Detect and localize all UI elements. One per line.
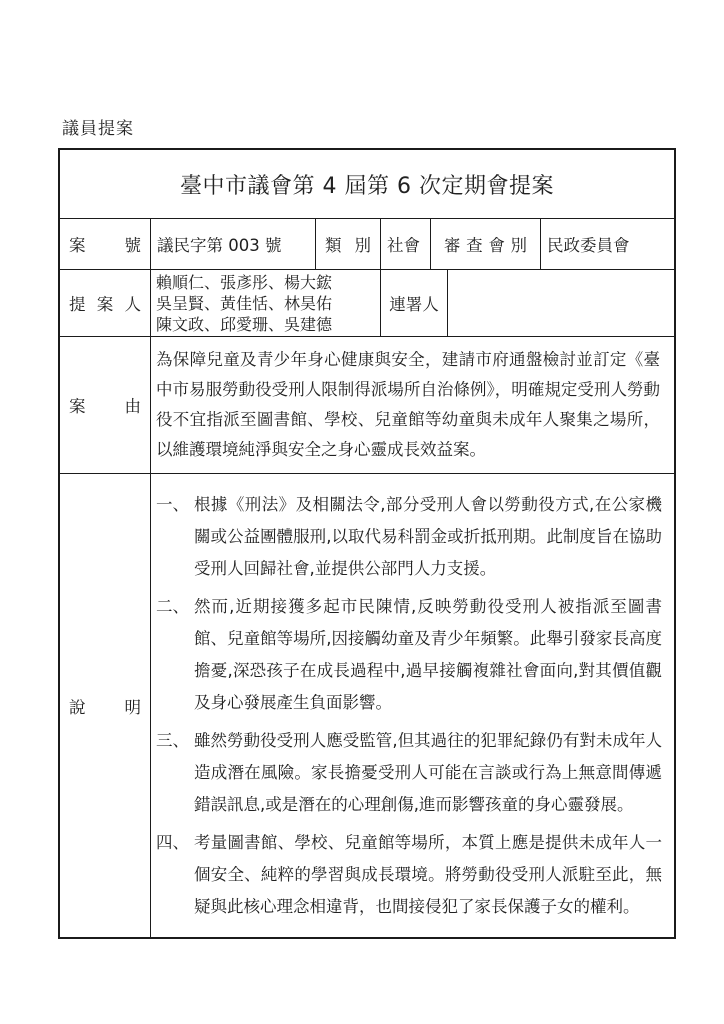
explanation-item: 二、 然而,近期接獲多起市民陳情,反映勞動役受刑人被指派至圖書館、兒童館等場所,… bbox=[156, 591, 668, 719]
subject-label: 案由 bbox=[60, 337, 150, 473]
item-text: 考量圖書館、學校、兒童館等場所，本質上應是提供未成年人一個安全、純粹的學習與成長… bbox=[194, 827, 662, 923]
proposer-line: 陳文政、邱愛珊、吳建德 bbox=[156, 314, 332, 335]
proposers-row: 提案人 賴順仁、張彥彤、楊大鋐 吳呈賢、黃佳恬、林昊佑 陳文政、邱愛珊、吳建德 … bbox=[60, 269, 674, 336]
explanation-row: 說明 一、 根據《刑法》及相關法令,部分受刑人會以勞動役方式,在公家機關或公益團… bbox=[60, 473, 674, 937]
case-number-row: 案號 議民字第 003 號 類別 社會 審查會別 民政委員會 bbox=[60, 218, 674, 269]
item-marker: 四、 bbox=[156, 827, 194, 923]
case-number-value: 議民字第 003 號 bbox=[150, 219, 315, 269]
item-text: 雖然勞動役受刑人應受監管,但其過往的犯罪紀錄仍有對未成年人造成潛在風險。家長擔憂… bbox=[194, 725, 662, 821]
proposal-table: 臺中市議會第 4 屆第 6 次定期會提案 案號 議民字第 003 號 類別 社會… bbox=[58, 148, 676, 939]
cosigners-value bbox=[447, 270, 674, 336]
item-marker: 二、 bbox=[156, 591, 194, 719]
review-committee-label: 審查會別 bbox=[430, 219, 540, 269]
explanation-item: 一、 根據《刑法》及相關法令,部分受刑人會以勞動役方式,在公家機關或公益團體服刑… bbox=[156, 489, 668, 585]
title-row: 臺中市議會第 4 屆第 6 次定期會提案 bbox=[60, 150, 674, 218]
proposer-line: 賴順仁、張彥彤、楊大鋐 bbox=[156, 272, 332, 293]
proposal-type-label: 議員提案 bbox=[62, 114, 134, 139]
cosigners-label: 連署人 bbox=[380, 270, 447, 336]
explanation-list: 一、 根據《刑法》及相關法令,部分受刑人會以勞動役方式,在公家機關或公益團體服刑… bbox=[150, 474, 674, 937]
proposer-line: 吳呈賢、黃佳恬、林昊佑 bbox=[156, 293, 332, 314]
category-label: 類別 bbox=[315, 219, 380, 269]
item-marker: 一、 bbox=[156, 489, 194, 585]
explanation-item: 三、 雖然勞動役受刑人應受監管,但其過往的犯罪紀錄仍有對未成年人造成潛在風險。家… bbox=[156, 725, 668, 821]
case-number-label: 案號 bbox=[60, 219, 150, 269]
table-title: 臺中市議會第 4 屆第 6 次定期會提案 bbox=[60, 150, 674, 218]
explanation-item: 四、 考量圖書館、學校、兒童館等場所，本質上應是提供未成年人一個安全、純粹的學習… bbox=[156, 827, 668, 923]
document-page: 議員提案 臺中市議會第 4 屆第 6 次定期會提案 案號 議民字第 003 號 … bbox=[0, 0, 724, 1024]
subject-row: 案由 為保障兒童及青少年身心健康與安全，建請市府通盤檢討並訂定《臺中市易服勞動役… bbox=[60, 336, 674, 473]
item-marker: 三、 bbox=[156, 725, 194, 821]
subject-text: 為保障兒童及青少年身心健康與安全，建請市府通盤檢討並訂定《臺中市易服勞動役受刑人… bbox=[150, 337, 674, 473]
item-text: 根據《刑法》及相關法令,部分受刑人會以勞動役方式,在公家機關或公益團體服刑,以取… bbox=[194, 489, 662, 585]
proposers-label: 提案人 bbox=[60, 270, 150, 336]
category-value: 社會 bbox=[380, 219, 430, 269]
proposers-value: 賴順仁、張彥彤、楊大鋐 吳呈賢、黃佳恬、林昊佑 陳文政、邱愛珊、吳建德 bbox=[150, 270, 380, 336]
explanation-label: 說明 bbox=[60, 474, 150, 937]
review-committee-value: 民政委員會 bbox=[540, 219, 674, 269]
item-text: 然而,近期接獲多起市民陳情,反映勞動役受刑人被指派至圖書館、兒童館等場所,因接觸… bbox=[194, 591, 662, 719]
